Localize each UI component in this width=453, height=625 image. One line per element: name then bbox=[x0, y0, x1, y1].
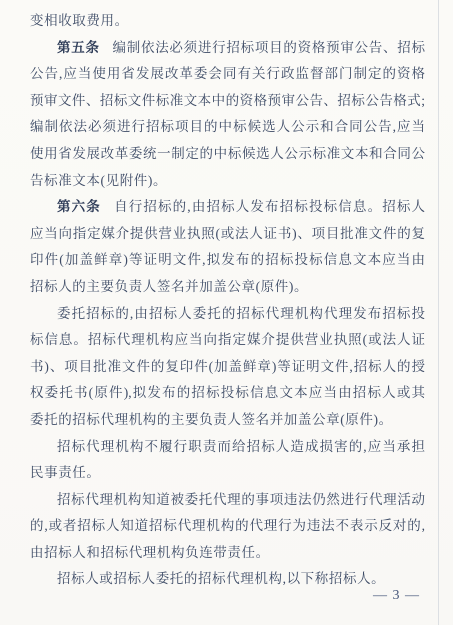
text-line: 使用省发展改革委统一制定的中标候选人公示标准文本和合同公 bbox=[30, 141, 425, 168]
line-text: 预审文件、招标文件标准文本中的资格预审公告、招标公告格式; bbox=[30, 93, 425, 108]
document-body: 变相收取费用。第五条编制依法必须进行招标项目的资格预审公告、招标公告,应当使用省… bbox=[30, 8, 425, 593]
line-text: 的,或者招标人知道招标代理机构的代理行为违法不表示反对的, bbox=[30, 518, 425, 533]
text-line: 应当向指定媒介提供营业执照(或法人证书)、项目批准文件的复 bbox=[30, 221, 425, 248]
line-text: 印件(加盖鲜章)等证明文件,拟发布的招标投标信息文本应当由 bbox=[30, 252, 425, 267]
text-line: 招标代理机构不履行职责而给招标人造成损害的,应当承担 bbox=[30, 434, 425, 461]
line-text: 权委托书(原件),拟发布的招标投标信息文本应当由招标人或其 bbox=[30, 385, 425, 400]
article-number: 第六条 bbox=[57, 199, 101, 214]
page-number: — 3 — bbox=[373, 588, 420, 604]
line-text: 标信息。招标代理机构应当向指定媒介提供营业执照(或法人证 bbox=[30, 332, 425, 347]
line-text: 使用省发展改革委统一制定的中标候选人公示标准文本和合同公 bbox=[30, 146, 425, 161]
text-line: 书)、项目批准文件的复印件(加盖鲜章)等证明文件,招标人的授 bbox=[30, 354, 425, 381]
line-text: 应当向指定媒介提供营业执照(或法人证书)、项目批准文件的复 bbox=[30, 226, 425, 241]
line-text: 委托招标的,由招标人委托的招标代理机构代理发布招标投 bbox=[57, 306, 425, 321]
text-line: 委托的招标代理机构的主要负责人签名并加盖公章(原件)。 bbox=[30, 407, 425, 434]
line-text: 书)、项目批准文件的复印件(加盖鲜章)等证明文件,招标人的授 bbox=[30, 359, 425, 374]
text-line: 告标准文本(见附件)。 bbox=[30, 168, 425, 195]
text-line: 委托招标的,由招标人委托的招标代理机构代理发布招标投 bbox=[30, 301, 425, 328]
line-text: 自行招标的,由招标人发布招标投标信息。招标人 bbox=[113, 199, 425, 214]
line-text: 告标准文本(见附件)。 bbox=[30, 173, 167, 188]
text-line: 第六条自行招标的,由招标人发布招标投标信息。招标人 bbox=[30, 194, 425, 221]
document-page: 变相收取费用。第五条编制依法必须进行招标项目的资格预审公告、招标公告,应当使用省… bbox=[0, 0, 453, 625]
text-line: 招标人或招标人委托的招标代理机构,以下称招标人。 bbox=[30, 566, 425, 593]
text-line: 变相收取费用。 bbox=[30, 8, 425, 35]
text-line: 由招标人和招标代理机构负连带责任。 bbox=[30, 540, 425, 567]
line-text: 招标人或招标人委托的招标代理机构,以下称招标人。 bbox=[57, 571, 385, 586]
line-text: 招标代理机构知道被委托代理的事项违法仍然进行代理活动 bbox=[57, 492, 425, 507]
text-line: 招标代理机构知道被委托代理的事项违法仍然进行代理活动 bbox=[30, 487, 425, 514]
text-line: 第五条编制依法必须进行招标项目的资格预审公告、招标 bbox=[30, 35, 425, 62]
line-text: 民事责任。 bbox=[30, 465, 101, 480]
line-text: 编制依法必须进行招标项目的资格预审公告、招标 bbox=[112, 40, 425, 55]
line-text: 招标人的主要负责人签名并加盖公章(原件)。 bbox=[30, 279, 308, 294]
text-line: 民事责任。 bbox=[30, 460, 425, 487]
line-text: 公告,应当使用省发展改革委会同有关行政监督部门制定的资格 bbox=[30, 66, 425, 81]
text-line: 预审文件、招标文件标准文本中的资格预审公告、招标公告格式; bbox=[30, 88, 425, 115]
line-text: 委托的招标代理机构的主要负责人签名并加盖公章(原件)。 bbox=[30, 412, 393, 427]
line-text: 由招标人和招标代理机构负连带责任。 bbox=[30, 545, 270, 560]
text-line: 印件(加盖鲜章)等证明文件,拟发布的招标投标信息文本应当由 bbox=[30, 247, 425, 274]
text-line: 标信息。招标代理机构应当向指定媒介提供营业执照(或法人证 bbox=[30, 327, 425, 354]
text-line: 的,或者招标人知道招标代理机构的代理行为违法不表示反对的, bbox=[30, 513, 425, 540]
article-number: 第五条 bbox=[57, 40, 100, 55]
text-line: 招标人的主要负责人签名并加盖公章(原件)。 bbox=[30, 274, 425, 301]
line-text: 变相收取费用。 bbox=[30, 13, 129, 28]
text-line: 权委托书(原件),拟发布的招标投标信息文本应当由招标人或其 bbox=[30, 380, 425, 407]
text-line: 编制依法必须进行招标项目的中标候选人公示和合同公告,应当 bbox=[30, 114, 425, 141]
scan-edge-line bbox=[438, 0, 439, 625]
line-text: 编制依法必须进行招标项目的中标候选人公示和合同公告,应当 bbox=[30, 119, 425, 134]
line-text: 招标代理机构不履行职责而给招标人造成损害的,应当承担 bbox=[57, 439, 425, 454]
text-line: 公告,应当使用省发展改革委会同有关行政监督部门制定的资格 bbox=[30, 61, 425, 88]
